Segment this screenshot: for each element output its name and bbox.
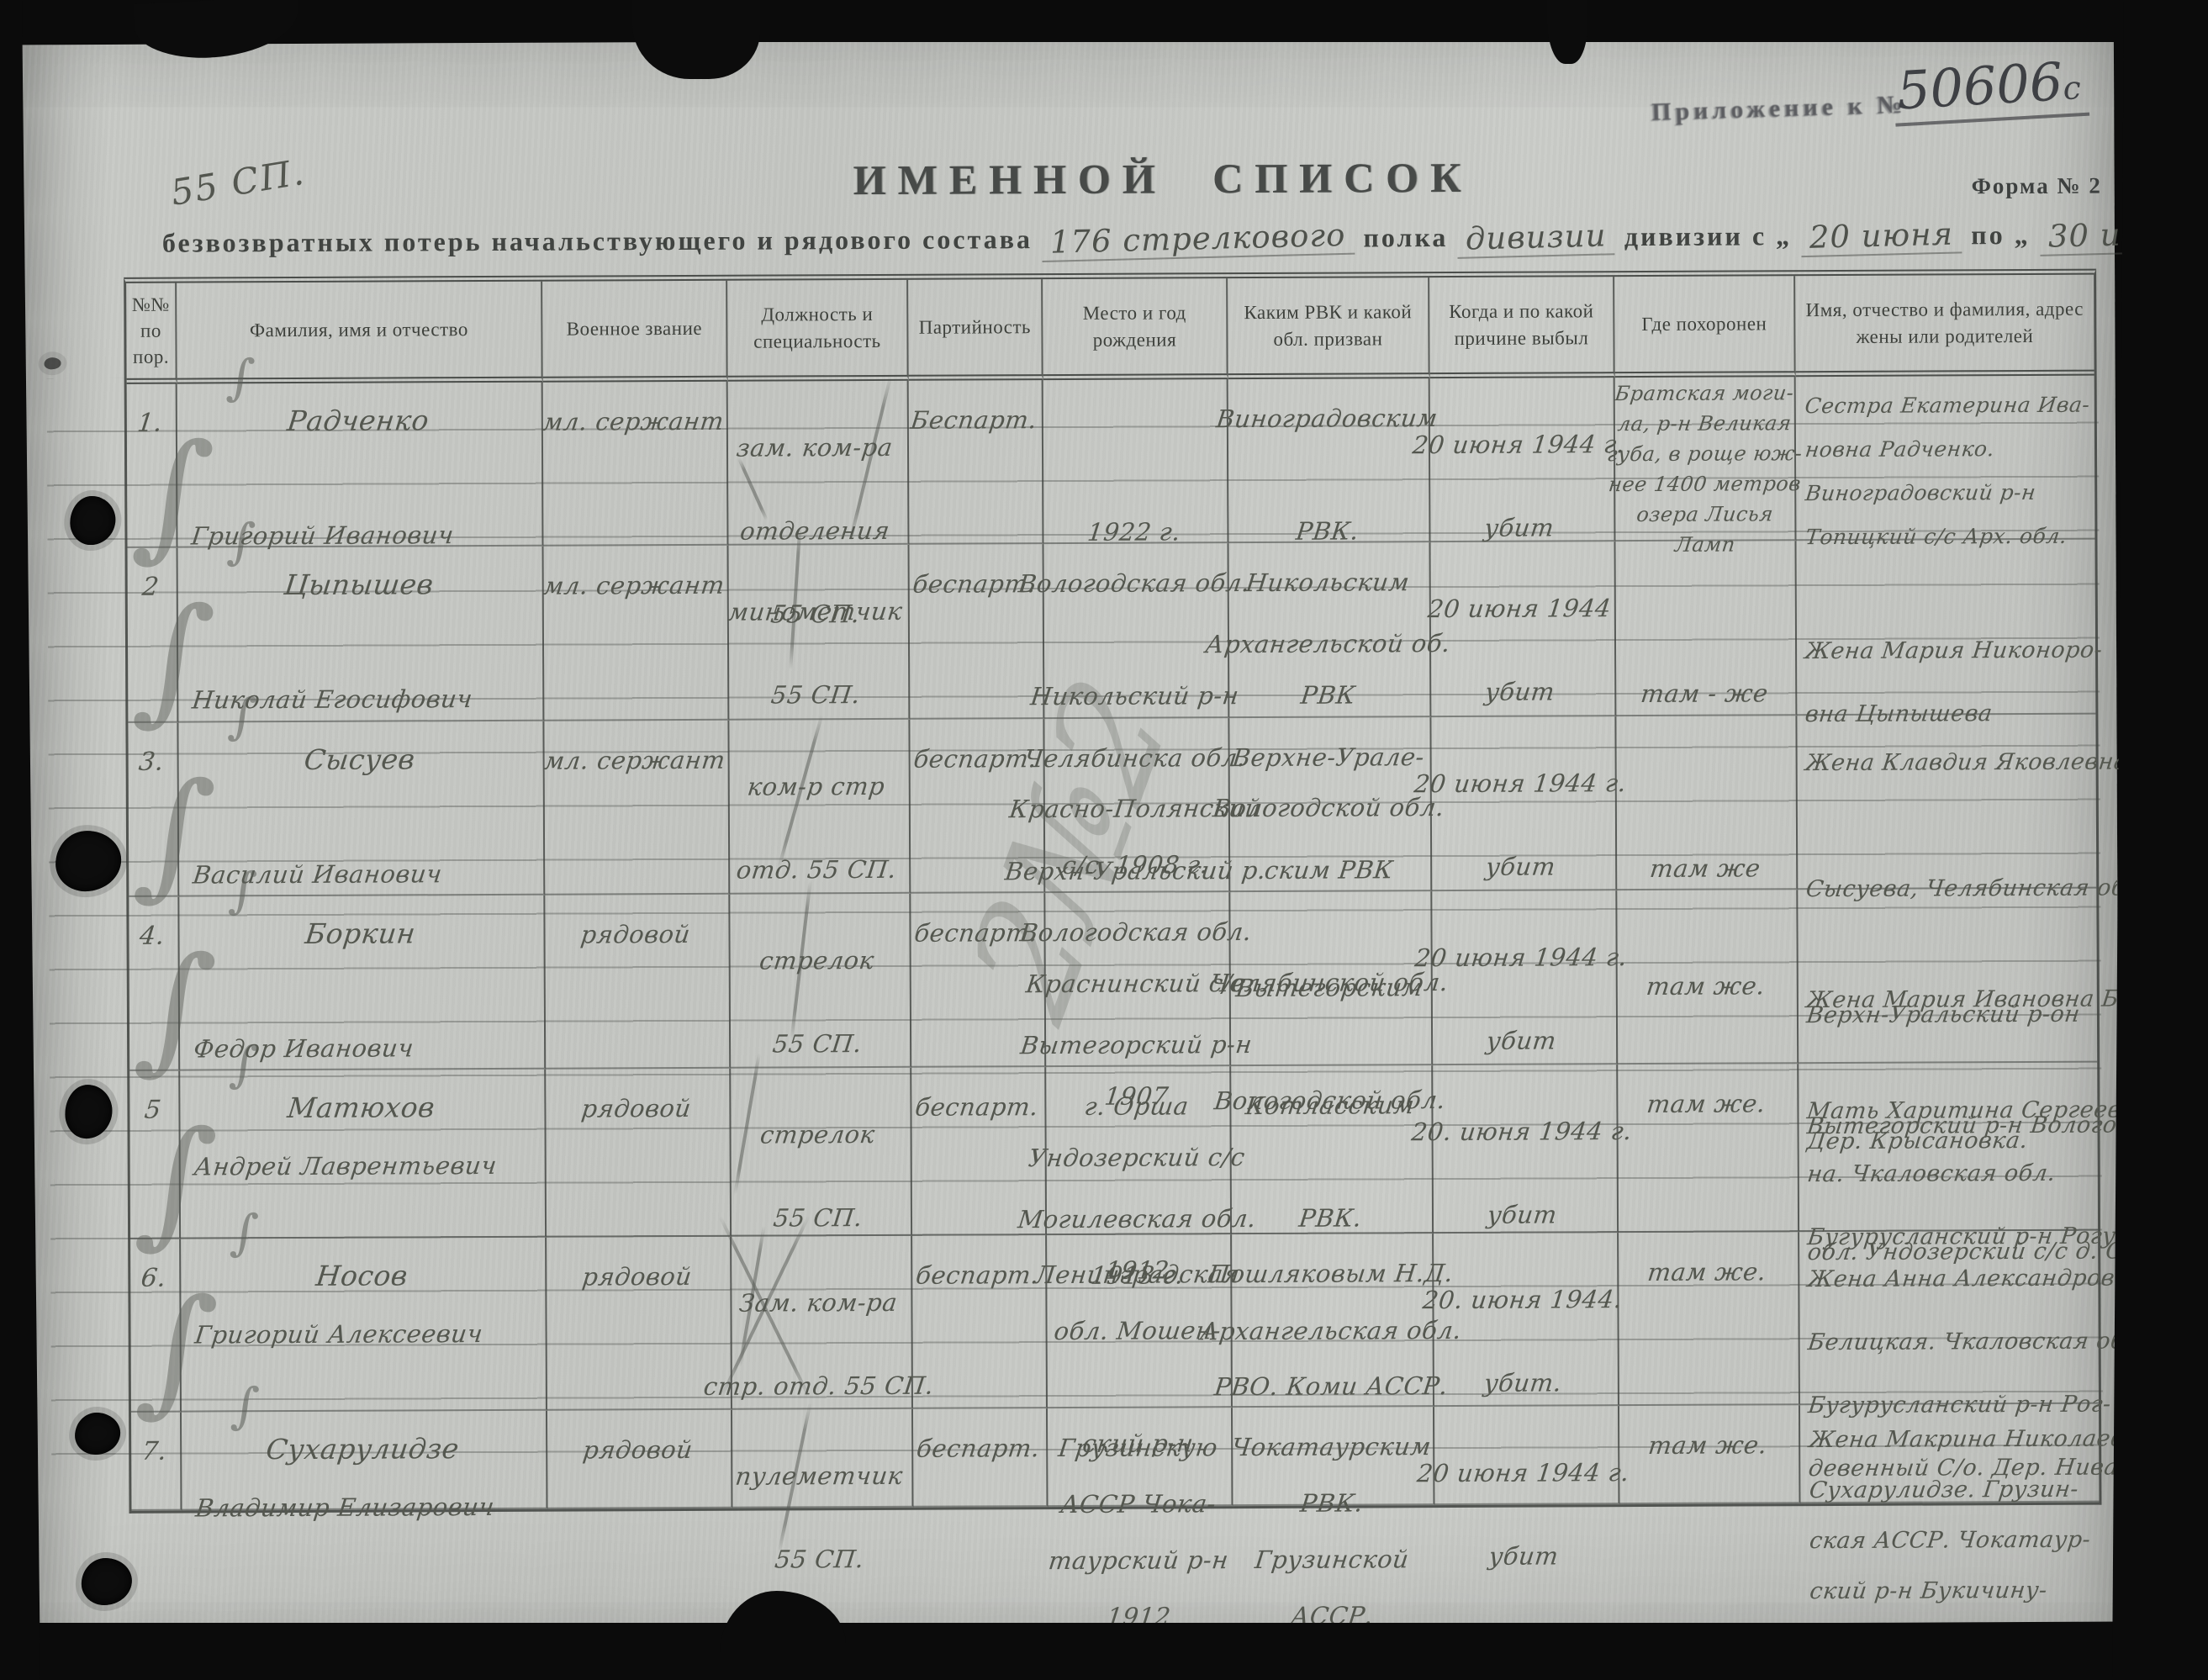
cell-fate: 20 июня 1944 г.убит [1432,890,1618,1065]
handwritten-line: Вологодская обл. [1041,543,1231,600]
handwritten-line: ским РВК [1227,830,1434,887]
subtitle-hw-regiment: 176 стрелкового [1041,217,1355,262]
header-party-membership: Партийность [908,279,1043,381]
cell-fate: 20 июня 1944 г.убит [1431,716,1617,891]
handwritten-line: отделения [723,464,912,548]
handwritten-line: Пошляковым Н.Д. [1228,1234,1435,1291]
handwritten-line: 20 июня 1944 г. [1428,890,1621,975]
handwritten-line: 3. [125,723,181,779]
handwritten-line [1614,772,1799,829]
cell-position: Зам. ком-растр. отд. 55 СП. [732,1236,913,1410]
subtitle-typed-division: дивизии с [1624,220,1767,251]
handwritten-line [1042,774,1232,832]
handwritten-line [1228,1122,1435,1179]
handwritten-line: Никольским [1226,542,1433,600]
casualty-table: №№ по пор. Фамилия, имя и отчество Военн… [124,269,2101,1514]
handwritten-line [1228,1004,1434,1061]
header-burial-place: Где похоронен [1614,276,1796,378]
handwritten-line: Зам. ком-ра [726,1236,916,1320]
handwritten-line: Боркин [176,895,547,954]
handwritten-line: АССР Чока- [1044,1464,1234,1521]
handwritten-line: убит [1426,625,1619,709]
handwritten-line: отд. 55 СП. [725,803,914,887]
handwritten-line: мл. сержант [541,546,731,603]
unit-note-handwritten: 55 СП. [168,151,309,214]
handwritten-line: 5 [126,1071,182,1128]
handwritten-line: Котласским [1228,1065,1434,1123]
paper-speck [45,357,61,369]
handwritten-line: Сухарулидзе. Грузин- [1798,1455,2102,1507]
cell-name: РадченкоГригорий Иванович [177,383,544,548]
cell-rank: мл. сержант [543,382,729,547]
handwritten-line: Владимир Елизарович [178,1467,549,1525]
handwritten-line: нее 1400 метров [1614,468,1796,499]
handwritten-line: 1922 г. [1040,492,1230,549]
handwritten-line: рядовой [543,1237,733,1294]
handwritten-line: 20 июня 1944 г. [1429,1406,1623,1490]
cell-birth: Челябинска обл.Верхн-Уральский р.Краснин… [1044,718,1230,893]
handwritten-line: там же. [1614,1064,1800,1121]
cell-burial: там же. [1618,1064,1799,1233]
subtitle-quote-open2: „ [2015,219,2031,250]
cell-birth: ГрузинскуюАССР Чока-таурский р-н1912 [1048,1408,1233,1507]
handwritten-line: Вытегорским [1228,948,1434,1005]
handwritten-line: пулеметчик [727,1409,916,1493]
cell-fate: 20. июня 1944.убит. [1434,1233,1619,1407]
document-page: 55 СП. Приложение к № 50606с ИМЕННОЙ СПИ… [12,36,2121,1631]
header-loss-date-cause: Когда и по какой причине выбыл [1429,277,1615,378]
scan-border-bottom [0,1623,2208,1680]
header-drafting-rvk: Каким РВК и какой обл. призван [1228,277,1430,379]
handwritten-line [1044,1347,1234,1404]
handwritten-line [1227,774,1434,831]
scan-border-top [0,0,2208,42]
cell-name: БоркинФедор Иванович [179,895,546,1071]
cell-birth: Вологодская обл.Вытегорский р-нУндозерск… [1045,892,1231,1067]
cell-relatives: Жена Анна АлександровнаБелицкая. Чкаловс… [1799,1231,2099,1406]
handwritten-line: РВК. [1225,491,1432,548]
handwritten-line: Радченко [174,383,545,441]
stamp-suffix: с [2062,69,2082,107]
handwritten-line: ком-р стр [725,720,914,804]
handwritten-line: Жена Мария Никоноро- [1793,603,2100,668]
handwritten-line: там же. [1614,946,1800,1003]
handwritten-line: рядовой [542,1069,732,1126]
punch-hole [65,1085,112,1138]
handwritten-line: убит [1430,1489,1624,1573]
punch-hole [70,496,115,545]
handwritten-line: Николай Егосифович [175,659,546,717]
subtitle-hw-division: дивизии [1457,217,1616,259]
cell-party: Беспарт. [909,380,1044,545]
handwritten-line: Жена Клавдия Яковлевна [1793,715,2100,779]
handwritten-line: Сысуев [176,721,547,779]
cell-num: 6. [130,1239,182,1413]
cell-name: СухарулидзеВладимир Елизарович [182,1411,548,1511]
handwritten-line [1613,597,1799,654]
handwritten-line [1041,600,1231,657]
handwritten-line: Ленинградская [1043,1234,1233,1292]
handwritten-line: там же. [1616,1405,1802,1462]
handwritten-line: 20. июня 1944 г. [1429,1065,1622,1149]
cell-birth: Вологодская обл.Никольский р-нКрасно-Пол… [1043,543,1229,719]
cell-burial: там же. [1619,1232,1800,1406]
subtitle-typed-po: по [1971,219,2005,250]
cell-position: минометчик55 СП. [729,545,911,721]
handwritten-line: ла, р-н Великая [1614,407,1796,438]
handwritten-line [1226,599,1433,656]
handwritten-line [1613,541,1799,598]
cell-rank: мл. сержант [544,546,730,721]
form-number-label: Форма № 2 [1972,173,2102,200]
cell-burial: там же. [1617,890,1799,1065]
handwritten-line: Григорий Иванович [174,495,545,553]
handwritten-line: губа, в роще юж- [1614,437,1796,468]
cell-position: стрелок55 СП. [731,1068,912,1237]
header-full-name: Фамилия, имя и отчество [177,282,543,384]
handwritten-line: ская АССР. Чокатаур- [1798,1505,2102,1557]
handwritten-line: 55 СП. [724,628,913,712]
cell-fate: 20. июня 1944 г.убит [1433,1065,1619,1234]
handwritten-line: стр. отд. 55 СП. [727,1319,916,1403]
header-position-specialty: Должность и специальность [727,280,909,382]
handwritten-line: рядовой [541,895,732,952]
handwritten-line: убит [1427,800,1620,884]
handwritten-line: Мать Харитина Сергеев- [1795,1063,2101,1128]
handwritten-line: Вытегорский р-н [1043,1005,1233,1062]
cell-rvk: Верхне-Урале-ским РВКЧелябинской обл. [1229,717,1432,892]
stamp-number-value: 50606 [1895,50,2064,121]
handwritten-line: Василий Иванович [176,834,547,892]
cell-relatives: Жена Макрина НиколаевнаСухарулидзе. Груз… [1800,1404,2100,1504]
handwritten-line: на. Чкаловская обл. [1795,1126,2101,1191]
cell-rank: рядовой [547,1410,733,1509]
punch-hole [82,1558,132,1605]
handwritten-line [1614,890,1799,947]
cell-relatives: Мать Харитина Сергеев-на. Чкаловская обл… [1799,1063,2098,1233]
cell-rvk: Пошляковым Н.Д.РВО. Коми АССР. [1232,1234,1434,1408]
handwritten-line: Челябинска обл. [1042,718,1232,775]
handwritten-line: Виноградовский р-н [1793,463,2097,509]
cell-rvk: КотласскимРВК.Архангельская обл. [1231,1065,1434,1234]
cell-birth: г. ОршаМогилевская обл.1913 г. [1046,1066,1232,1235]
handwritten-line [1793,778,2100,843]
cell-num: 5 [129,1071,181,1239]
handwritten-line: Жена Мария Ивановна Боркина [1794,952,2100,1017]
handwritten-line: убит [1429,1148,1622,1232]
handwritten-line [1793,540,2099,605]
cell-burial: там же [1616,716,1798,890]
handwritten-line: РВК. [1228,1178,1435,1235]
cell-position: стрелок55 СП. [730,894,911,1069]
handwritten-line: там же. [1615,1232,1801,1289]
handwritten-line: Носов [177,1238,548,1296]
subtitle-line: безвозвратных потерь начальствующего и р… [162,215,2121,262]
handwritten-line: РВК [1226,655,1433,712]
header-relatives-address: Имя, отчество и фамилия, адрес жены или … [1795,275,2094,378]
handwritten-line: беспарт. [908,1067,1048,1124]
handwritten-line: новна Радченко. [1793,420,2097,465]
handwritten-line: рядовой [544,1410,734,1467]
scanned-document: 55 СП. Приложение к № 50606с ИМЕННОЙ СПИ… [0,0,2208,1680]
handwritten-line: обл. Мошен- [1044,1291,1234,1348]
handwritten-line: Андрей Лаврентьевич [177,1126,548,1184]
cell-burial: там - же [1615,541,1797,716]
cell-position: ком-р стротд. 55 СП. [729,720,911,895]
handwritten-line: Сестра Екатерина Ива- [1793,376,2097,421]
scan-border-right [2112,0,2208,1680]
page-title: ИМЕННОЙ СПИСОК [853,153,1472,204]
handwritten-line: Грузинскую [1044,1408,1234,1465]
handwritten-line: мл. сержант [541,721,732,778]
cell-fate: 20 июня 1944 г.убит [1430,378,1616,542]
handwritten-line: Братская моги- [1614,377,1796,408]
handwritten-line [1043,948,1233,1006]
handwritten-line: Беспарт. [906,380,1045,437]
header-military-rank: Военное звание [542,281,728,383]
cell-fate: 20 июня 1944убит [1430,542,1616,717]
cell-num: 2 [128,548,179,723]
cell-num: 3. [128,723,179,897]
cell-num: 7. [131,1413,182,1511]
handwritten-line: 20 июня 1944 [1426,542,1619,626]
handwritten-line: стрелок [726,1068,916,1152]
cell-num: 4. [129,897,180,1071]
header-row-number: №№ по пор. [126,283,177,384]
handwritten-line: Могилевская обл. [1043,1179,1233,1236]
handwritten-line [176,778,547,836]
handwritten-line: Никольский р-н [1041,656,1231,713]
handwritten-line [1225,435,1432,492]
handwritten-line: озера Лисья [1614,498,1796,529]
cell-burial: Братская моги-ла, р-н Великаягуба, в рощ… [1615,377,1797,542]
handwritten-line: 55 СП. [728,1492,917,1577]
handwritten-line: Жена Анна Александровна [1796,1231,2102,1296]
punch-hole [55,831,121,891]
cell-name: НосовГригорий Алексеевич [181,1238,547,1413]
handwritten-line: мл. сержант [540,382,730,439]
handwritten-line [177,952,547,1010]
subtitle-typed-intro: безвозвратных потерь начальствующего и р… [162,224,1033,258]
header-birth-place-year: Место и год рождения [1043,278,1228,380]
handwritten-line: 6. [127,1239,182,1296]
handwritten-line: Федор Иванович [177,1008,547,1066]
handwritten-line [1040,436,1230,493]
handwritten-line: РВК. [1229,1463,1436,1520]
handwritten-line: Григорий Алексеевич [178,1294,549,1352]
handwritten-line: Сухарулидзе [178,1411,549,1469]
cell-birth: 1922 г. [1043,379,1229,544]
handwritten-line: минометчик [724,545,913,629]
cell-relatives: Жена Клавдия ЯковлевнаСысуева, Челябинск… [1797,715,2096,890]
handwritten-line: 2 [124,548,180,605]
cell-name: ЦыпышевНиколай Егосифович [178,547,545,723]
cell-relatives: Жена Мария Никоноро-вна Цыпышева [1796,540,2095,716]
cell-rank: рядовой [545,895,731,1070]
handwritten-line: ский р-н Букичину- [1798,1556,2102,1608]
stamp-number: 50606с [1892,50,2089,127]
handwritten-line: Цыпышев [175,547,546,605]
cell-rvk: ВытегорскимВологодской обл. [1230,891,1433,1066]
handwritten-line [1794,889,2100,954]
cell-position: зам. ком-раотделения55 СП. [728,381,910,546]
subtitle-quote-open: „ [1776,220,1792,251]
cell-relatives: Сестра Екатерина Ива-новна Радченко.Вино… [1796,376,2095,542]
handwritten-line [1040,379,1230,436]
handwritten-line: зам. ком-ра [723,381,912,465]
handwritten-line [1614,716,1799,773]
handwritten-line: 55 СП. [726,977,915,1061]
handwritten-line: убит [1428,974,1621,1058]
cell-party: беспарт. [913,1408,1049,1508]
handwritten-line: 55 СП. [726,1151,916,1235]
handwritten-line: убит. [1429,1316,1623,1400]
cell-name: СысуевВасилий Иванович [178,721,545,897]
handwritten-line [1043,1123,1233,1180]
handwritten-line: беспарт. [909,1235,1049,1292]
handwritten-line: Верхне-Урале- [1227,717,1434,774]
cell-rank: мл. сержант [544,721,730,895]
cell-birth: Ленинградскаяобл. Мошен-ский р-н [1047,1234,1233,1408]
handwritten-line: Грузинской [1230,1519,1437,1577]
handwritten-line: РВО. Коми АССР. [1229,1346,1436,1403]
handwritten-line: 20. июня 1944. [1429,1233,1622,1317]
handwritten-line: 20 июня 1944 г. [1425,378,1619,462]
handwritten-line: таурский р-н [1045,1520,1235,1577]
handwritten-line: убит [1425,461,1619,545]
handwritten-line: Верхн-Уральский р. [1042,831,1232,888]
handwritten-line [174,439,545,497]
cell-fate: 20 июня 1944 г.убит [1434,1406,1620,1505]
subtitle-hw-date-from: 20 июня [1801,215,1962,257]
punch-hole [75,1413,120,1455]
handwritten-line: стрелок [726,894,915,978]
handwritten-line: Белицкая. Чкаловская обл. [1796,1294,2102,1359]
handwritten-line: там же [1614,828,1799,885]
handwritten-line: 1. [124,384,179,441]
cell-rvk: НикольскимРВКВологодской обл. [1228,542,1431,718]
table-grid: №№ по пор. Фамилия, имя и отчество Военн… [124,269,2101,1514]
cell-position: пулеметчик55 СП. [732,1409,914,1508]
cell-name: МатюховАндрей Лаврентьевич [180,1070,547,1239]
cell-burial: там же. [1619,1405,1801,1504]
handwritten-line: Виноградовским [1225,378,1432,436]
handwritten-line: беспарт. [910,1408,1049,1466]
handwritten-line [1227,891,1434,948]
handwritten-line: Вологодская обл. [1042,892,1232,949]
handwritten-line: Жена Макрина Николаевна [1798,1404,2102,1456]
stamp-label: Приложение к № [1651,91,1907,127]
cell-rvk: ЧокатаурскимРВК.ГрузинскойАССР. [1233,1407,1435,1506]
cell-rvk: ВиноградовскимРВК.Архангельской об. [1228,378,1431,543]
handwritten-line [1229,1290,1436,1347]
cell-relatives: Жена Мария Ивановна БоркинаВытегорский р… [1798,889,2097,1065]
handwritten-line [175,603,546,661]
cell-num: 1. [127,384,178,548]
handwritten-line: Чокатаурским [1229,1407,1436,1464]
handwritten-line: г. Орша [1043,1066,1233,1123]
subtitle-typed-polka: полка [1363,222,1448,252]
handwritten-line: там - же [1613,653,1799,711]
cell-rank: рядовой [546,1069,732,1238]
handwritten-line: 20 июня 1944 г. [1427,716,1620,800]
handwritten-line: Матюхов [177,1070,547,1128]
handwritten-line: 7. [128,1413,183,1469]
handwritten-line: 4. [125,897,181,954]
